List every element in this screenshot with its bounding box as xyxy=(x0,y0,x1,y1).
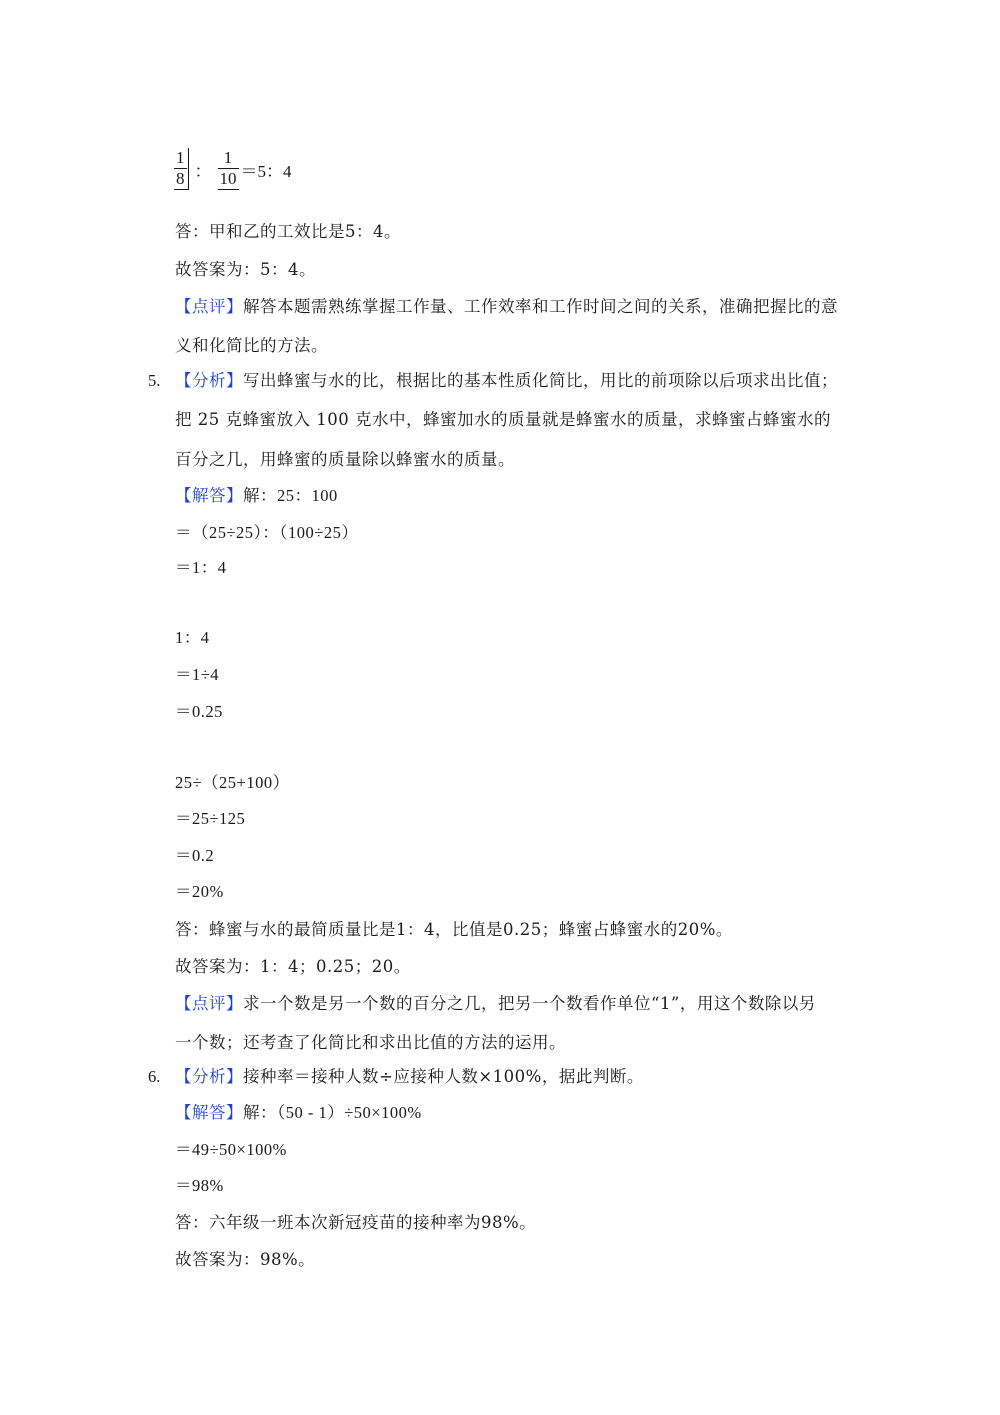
final-answer-prev: 故答案为：5：4。 xyxy=(175,259,316,281)
q5-ratio-value-step-3: ＝0.25 xyxy=(175,701,223,723)
denominator: 10 xyxy=(218,169,239,189)
denominator: 8 xyxy=(174,169,187,189)
q5-solution-step-1: 【解答】解：25：100 xyxy=(175,485,338,507)
q5-percent-step-4: ＝20% xyxy=(175,881,224,903)
q6-solution-step-1: 【解答】解：（50 - 1）÷50×100% xyxy=(175,1102,422,1124)
q5-comment-line2: 一个数；还考查了化简比和求出比值的方法的运用。 xyxy=(175,1032,566,1054)
comment-text: 解答本题需熟练掌握工作量、工作效率和工作时间之间的关系，准确把握比的意 xyxy=(243,297,838,316)
solution-text: 解：25：100 xyxy=(243,486,338,505)
comment-prev-line1: 【点评】解答本题需熟练掌握工作量、工作效率和工作时间之间的关系，准确把握比的意 xyxy=(175,296,838,318)
comment-prev-line2: 义和化简比的方法。 xyxy=(175,335,328,357)
q6-solution-step-2: ＝49÷50×100% xyxy=(175,1139,287,1161)
q5-solution-step-3: ＝1：4 xyxy=(175,557,227,579)
solution-tag: 【解答】 xyxy=(175,486,243,505)
q5-percent-step-2: ＝25÷125 xyxy=(175,808,245,830)
solution-text: 解：（50 - 1）÷50×100% xyxy=(243,1103,422,1122)
q5-analysis-line1: 【分析】写出蜂蜜与水的比，根据比的基本性质化简比，用比的前项除以后项求出比值； xyxy=(175,370,838,392)
q6-analysis-line1: 【分析】接种率＝接种人数÷应接种人数×100%，据此判断。 xyxy=(175,1066,644,1088)
q5-comment-line1: 【点评】求一个数是另一个数的百分之几，把另一个数看作单位“1”，用这个数除以另 xyxy=(175,993,816,1015)
fraction-result: ＝5：4 xyxy=(241,157,292,182)
analysis-tag: 【分析】 xyxy=(175,371,243,390)
solution-tag: 【解答】 xyxy=(175,1103,243,1122)
fraction-1-10: 1 10 xyxy=(218,148,239,191)
comment-tag: 【点评】 xyxy=(175,994,243,1013)
q5-analysis-line3: 百分之几，用蜂蜜的质量除以蜂蜜水的质量。 xyxy=(175,449,515,471)
q5-analysis-line2: 把 25 克蜂蜜放入 100 克水中，蜂蜜加水的质量就是蜂蜜水的质量，求蜂蜜占蜂… xyxy=(175,409,831,431)
analysis-tag: 【分析】 xyxy=(175,1067,243,1086)
q5-percent-step-1: 25÷（25+100） xyxy=(175,772,290,794)
comment-tag: 【点评】 xyxy=(175,297,243,316)
q6-answer-line: 答：六年级一班本次新冠疫苗的接种率为98%。 xyxy=(175,1212,536,1234)
q5-answer-line: 答：蜂蜜与水的最简质量比是1：4，比值是0.25；蜂蜜占蜂蜜水的20%。 xyxy=(175,919,733,941)
fraction-1-8: 1 8 xyxy=(174,148,189,191)
q5-solution-step-2: ＝（25÷25）：（100÷25） xyxy=(175,522,358,544)
q5-ratio-value-step-2: ＝1÷4 xyxy=(175,664,219,686)
q6-final-answer: 故答案为：98%。 xyxy=(175,1249,315,1271)
analysis-text: 接种率＝接种人数÷应接种人数×100%，据此判断。 xyxy=(243,1067,644,1086)
numerator: 1 xyxy=(222,148,235,168)
answer-line-prev: 答：甲和乙的工效比是5：4。 xyxy=(175,221,401,243)
analysis-text: 写出蜂蜜与水的比，根据比的基本性质化简比，用比的前项除以后项求出比值； xyxy=(243,371,838,390)
q5-final-answer: 故答案为：1：4；0.25；20。 xyxy=(175,956,411,978)
q5-percent-step-3: ＝0.2 xyxy=(175,845,214,867)
document-page: 1 8 ： 1 10 ＝5：4 答：甲和乙的工效比是5：4。 故答案为：5：4。… xyxy=(0,0,1000,1415)
ratio-separator: ： xyxy=(195,157,212,182)
q5-ratio-value-step-1: 1：4 xyxy=(175,627,210,649)
comment-text: 求一个数是另一个数的百分之几，把另一个数看作单位“1”，用这个数除以另 xyxy=(243,994,816,1013)
numerator: 1 xyxy=(174,148,187,168)
q6-solution-step-3: ＝98% xyxy=(175,1175,224,1197)
fraction-equation: 1 8 ： 1 10 ＝5：4 xyxy=(172,146,292,192)
question-number-5: 5. xyxy=(148,370,160,392)
question-number-6: 6. xyxy=(148,1066,160,1088)
